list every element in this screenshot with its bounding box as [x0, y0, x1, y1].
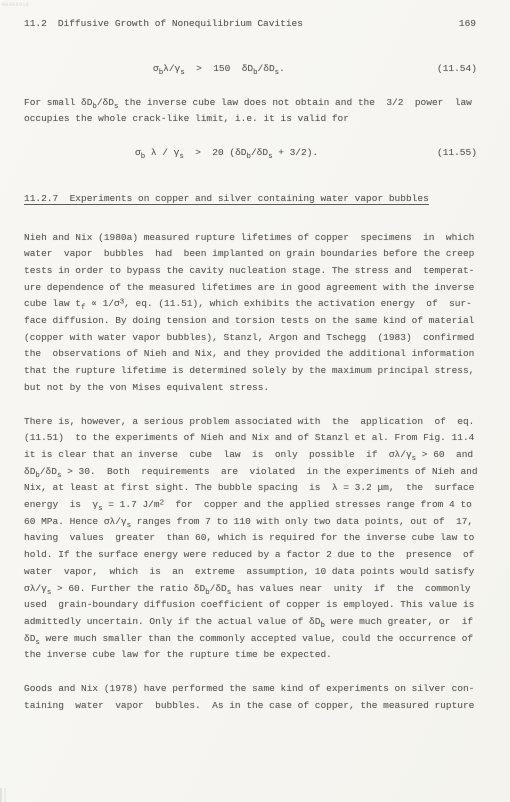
text-line: the inverse cube law for the rupture tim…: [24, 647, 476, 664]
text-run: were much smaller than the commonly acce…: [40, 633, 473, 644]
text-run: ranges from 7 to 110 with only two data …: [131, 516, 473, 527]
equation-number: (11.54): [437, 61, 477, 78]
text-line: δDs were much smaller than the commonly …: [24, 631, 476, 648]
text-line: Nieh and Nix (1980a) measured rupture li…: [24, 230, 476, 247]
text-run: For small δD: [24, 97, 92, 108]
paragraph: Nieh and Nix (1980a) measured rupture li…: [24, 230, 476, 397]
page-number: 169: [459, 17, 476, 31]
text-run: has values near unity if the commonly: [231, 583, 470, 594]
equation: σb λ / γs > 20 (δDb/δDs + 3/2).(11.55): [24, 145, 476, 162]
text-line: 60 MPa. Hence σλ/γs ranges from 7 to 110…: [24, 514, 476, 531]
text-line: δDb/δDs > 30. Both requirements are viol…: [24, 464, 476, 481]
scan-artifact: [4, 788, 6, 802]
text-line: water vapor, which is an extreme assumpt…: [24, 564, 476, 581]
text-line: σλ/γs > 60. Further the ratio δDb/δDs ha…: [24, 581, 476, 598]
running-head: 11.2Diffusive Growth of Nonequilibrium C…: [24, 17, 303, 31]
text-line: used grain-boundary diffusion coefficien…: [24, 597, 476, 614]
page-content: 11.2Diffusive Growth of Nonequilibrium C…: [24, 17, 476, 732]
text-run: /δD: [97, 97, 114, 108]
equation-body: σb λ / γs > 20 (δDb/δDs + 3/2).: [24, 147, 318, 158]
text-run: it is clear that an inverse cube law is …: [24, 449, 412, 460]
text-run: for copper and the applied stresses rang…: [164, 499, 472, 510]
text-line: the observations of Nieh and Nix, and th…: [24, 346, 476, 363]
text-run: > 20 (δD: [184, 147, 247, 158]
text-run: /δD: [251, 147, 268, 158]
paragraph: Goods and Nix (1978) have performed the …: [24, 681, 476, 714]
equation: σbλ/γs > 150 δDb/δDs.(11.54): [24, 61, 476, 78]
paragraph: For small δDb/δDs the inverse cube law d…: [24, 95, 476, 128]
text-line: energy is γs = 1.7 J/m2 for copper and t…: [24, 497, 476, 514]
text-run: δD: [24, 466, 35, 477]
scan-artifact: [0, 788, 2, 802]
text-line: (11.51) to the experiments of Nieh and N…: [24, 430, 476, 447]
text-run: > 60 and: [416, 449, 473, 460]
text-line: but not by the von Mises equivalent stre…: [24, 380, 476, 397]
text-run: > 30. Both requirements are violated in …: [61, 466, 477, 477]
section-number: 11.2: [24, 18, 47, 29]
text-line: taining water vapor bubbles. As in the c…: [24, 698, 476, 715]
text-line: tests in order to bypass the cavity nucl…: [24, 263, 476, 280]
text-run: = 1.7 J/m: [103, 499, 160, 510]
paragraph: There is, however, a serious problem ass…: [24, 414, 476, 665]
equation-body: σbλ/γs > 150 δDb/δDs.: [24, 63, 285, 74]
subsection-heading: 11.2.7 Experiments on copper and silver …: [24, 191, 476, 208]
text-line: it is clear that an inverse cube law is …: [24, 447, 476, 464]
text-run: cube law t: [24, 298, 81, 309]
text-run: 60 MPa. Hence σλ/γ: [24, 516, 127, 527]
chapter-title: Diffusive Growth of Nonequilibrium Cavit…: [58, 18, 303, 29]
equation-number: (11.55): [437, 145, 477, 162]
text-line: face diffusion. By doing tension and tor…: [24, 313, 476, 330]
text-run: ∝ 1/σ: [85, 298, 119, 309]
text-line: (copper with water vapor bubbles), Stanz…: [24, 330, 476, 347]
text-line: hold. If the surface energy were reduced…: [24, 547, 476, 564]
text-run: > 60. Further the ratio δD: [51, 583, 205, 594]
text-run: the inverse cube law does not obtain and…: [118, 97, 471, 108]
text-run: σλ/γ: [24, 583, 47, 594]
text-body: σbλ/γs > 150 δDb/δDs.(11.54)For small δD…: [24, 61, 476, 715]
text-line: that the rupture lifetime is determined …: [24, 363, 476, 380]
text-line: occupies the whole crack-like limit, i.e…: [24, 111, 476, 128]
text-run: , eq. (11.51), which exhibits the activa…: [124, 298, 472, 309]
text-line: admittedly uncertain. Only if the actual…: [24, 614, 476, 631]
text-run: δD: [24, 633, 35, 644]
text-line: There is, however, a serious problem ass…: [24, 414, 476, 431]
text-run: /δD: [40, 466, 57, 477]
text-run: /δD: [210, 583, 227, 594]
scan-watermark: 00080018: [2, 2, 29, 8]
text-run: .: [279, 63, 285, 74]
page-header: 11.2Diffusive Growth of Nonequilibrium C…: [24, 17, 476, 31]
text-line: Nix, at least at first sight. The bubble…: [24, 480, 476, 497]
text-run: energy is γ: [24, 499, 98, 510]
text-line: having values greater than 60, which is …: [24, 530, 476, 547]
text-run: + 3/2).: [273, 147, 319, 158]
text-line: water vapor bubbles had been implanted o…: [24, 246, 476, 263]
text-line: Goods and Nix (1978) have performed the …: [24, 681, 476, 698]
text-line: cube law tf ∝ 1/σ3, eq. (11.51), which e…: [24, 296, 476, 313]
text-line: For small δDb/δDs the inverse cube law d…: [24, 95, 476, 112]
text-run: /δD: [258, 63, 275, 74]
text-run: were much greater, or if: [325, 616, 473, 627]
text-run: > 150 δD: [185, 63, 253, 74]
scanned-page: 00080018 11.2Diffusive Growth of Nonequi…: [0, 0, 510, 802]
text-run: λ / γ: [145, 147, 179, 158]
text-run: admittedly uncertain. Only if the actual…: [24, 616, 320, 627]
text-run: λ/γ: [163, 63, 180, 74]
text-line: ure dependence of the measured lifetimes…: [24, 280, 476, 297]
